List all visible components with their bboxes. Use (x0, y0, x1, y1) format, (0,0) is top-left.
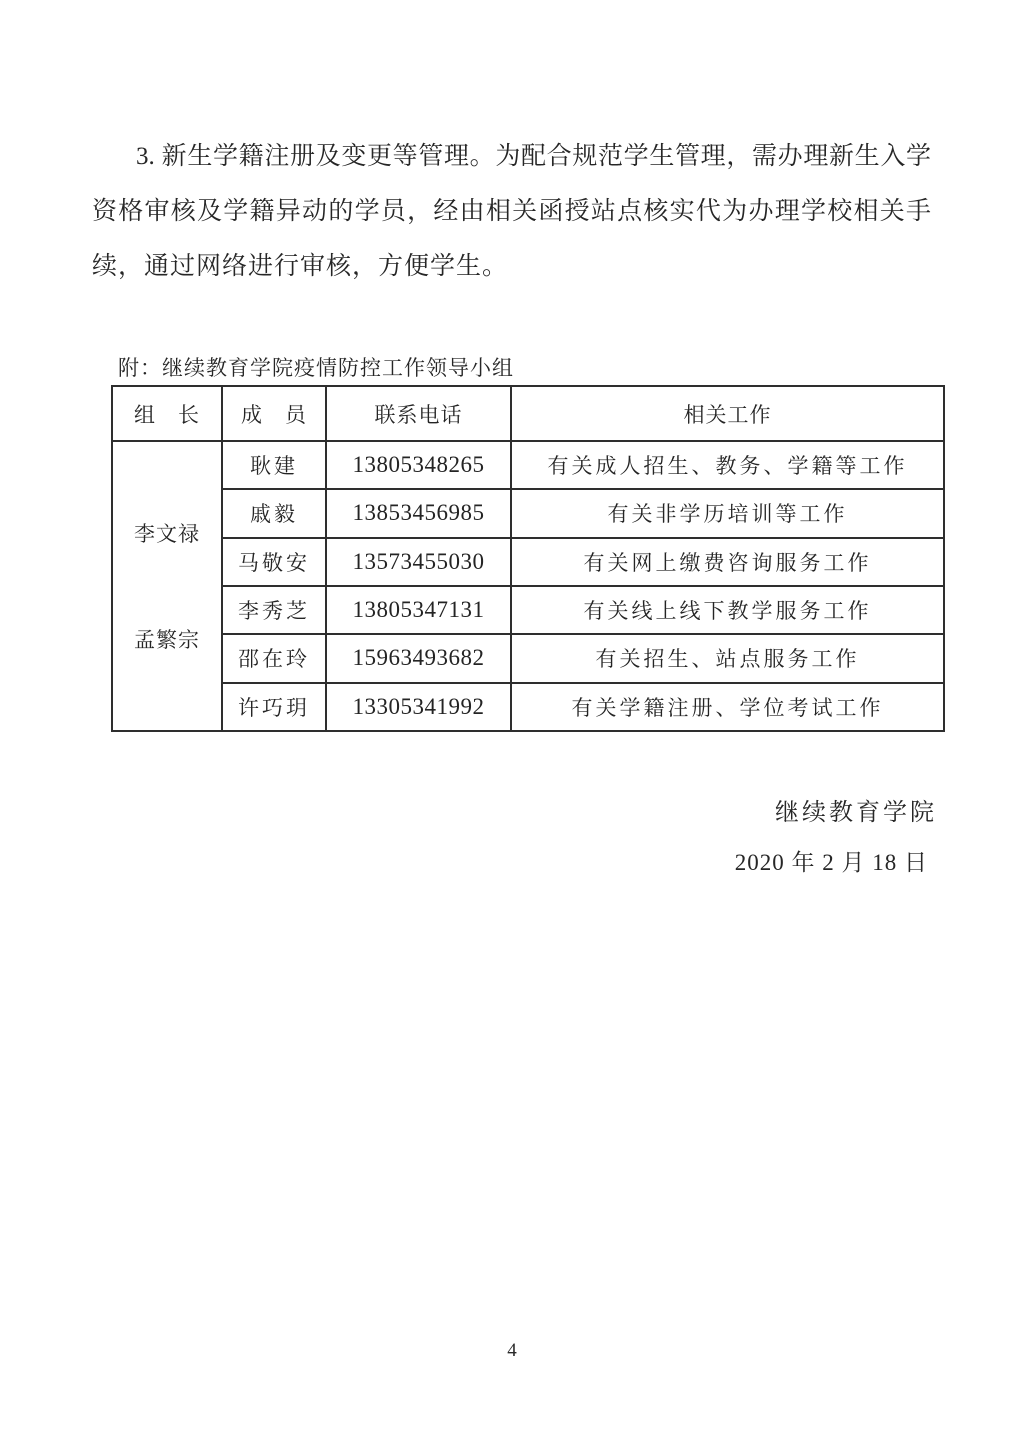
work-cell: 有关招生、站点服务工作 (511, 634, 944, 682)
work-cell: 有关成人招生、教务、学籍等工作 (511, 441, 944, 489)
paragraph-section-3: 3. 新生学籍注册及变更等管理。为配合规范学生管理，需办理新生入学 资格审核及学… (92, 141, 931, 306)
member-cell: 戚毅 (222, 489, 326, 537)
column-header-leader: 组 长 (112, 386, 222, 441)
work-cell: 有关线上线下教学服务工作 (511, 586, 944, 634)
member-cell: 许巧玥 (222, 683, 326, 731)
column-header-phone: 联系电话 (326, 386, 511, 441)
phone-cell: 13305341992 (326, 683, 511, 731)
leader-name-stack: 李文禄 孟繁宗 (113, 442, 221, 730)
table-row: 戚毅 13853456985 有关非学历培训等工作 (112, 489, 944, 537)
phone-cell: 13853456985 (326, 489, 511, 537)
paragraph-line-1: 3. 新生学籍注册及变更等管理。为配合规范学生管理，需办理新生入学 (92, 141, 931, 196)
signature-date: 2020 年 2 月 18 日 (735, 844, 928, 877)
paragraph-line-2: 资格审核及学籍异动的学员，经由相关函授站点核实代为办理学校相关手 (92, 196, 931, 251)
table-row: 李秀芝 13805347131 有关线上线下教学服务工作 (112, 586, 944, 634)
member-cell: 耿建 (222, 441, 326, 489)
phone-cell: 13805348265 (326, 441, 511, 489)
table-row: 邵在玲 15963493682 有关招生、站点服务工作 (112, 634, 944, 682)
member-cell: 马敬安 (222, 538, 326, 586)
table-header-row: 组 长 成 员 联系电话 相关工作 (112, 386, 944, 441)
member-cell: 邵在玲 (222, 634, 326, 682)
phone-cell: 13573455030 (326, 538, 511, 586)
table-row: 许巧玥 13305341992 有关学籍注册、学位考试工作 (112, 683, 944, 731)
phone-cell: 15963493682 (326, 634, 511, 682)
signature-organization: 继续教育学院 (775, 792, 937, 827)
phone-cell: 13805347131 (326, 586, 511, 634)
member-cell: 李秀芝 (222, 586, 326, 634)
attachment-caption: 附：继续教育学院疫情防控工作领导小组 (118, 352, 514, 382)
leadership-group-table: 组 长 成 员 联系电话 相关工作 李文禄 孟繁宗 耿建 13805348265… (111, 385, 945, 732)
work-cell: 有关网上缴费咨询服务工作 (511, 538, 944, 586)
page-number: 4 (0, 1340, 1024, 1362)
table-row: 马敬安 13573455030 有关网上缴费咨询服务工作 (112, 538, 944, 586)
column-header-work: 相关工作 (511, 386, 944, 441)
work-cell: 有关非学历培训等工作 (511, 489, 944, 537)
work-cell: 有关学籍注册、学位考试工作 (511, 683, 944, 731)
leader-name-1: 李文禄 (134, 518, 200, 548)
table-row: 李文禄 孟繁宗 耿建 13805348265 有关成人招生、教务、学籍等工作 (112, 441, 944, 489)
column-header-member: 成 员 (222, 386, 326, 441)
leader-name-2: 孟繁宗 (134, 624, 200, 654)
document-page: 3. 新生学籍注册及变更等管理。为配合规范学生管理，需办理新生入学 资格审核及学… (0, 0, 1024, 1449)
leader-cell: 李文禄 孟繁宗 (112, 441, 222, 731)
paragraph-line-3: 续，通过网络进行审核，方便学生。 (92, 251, 931, 306)
